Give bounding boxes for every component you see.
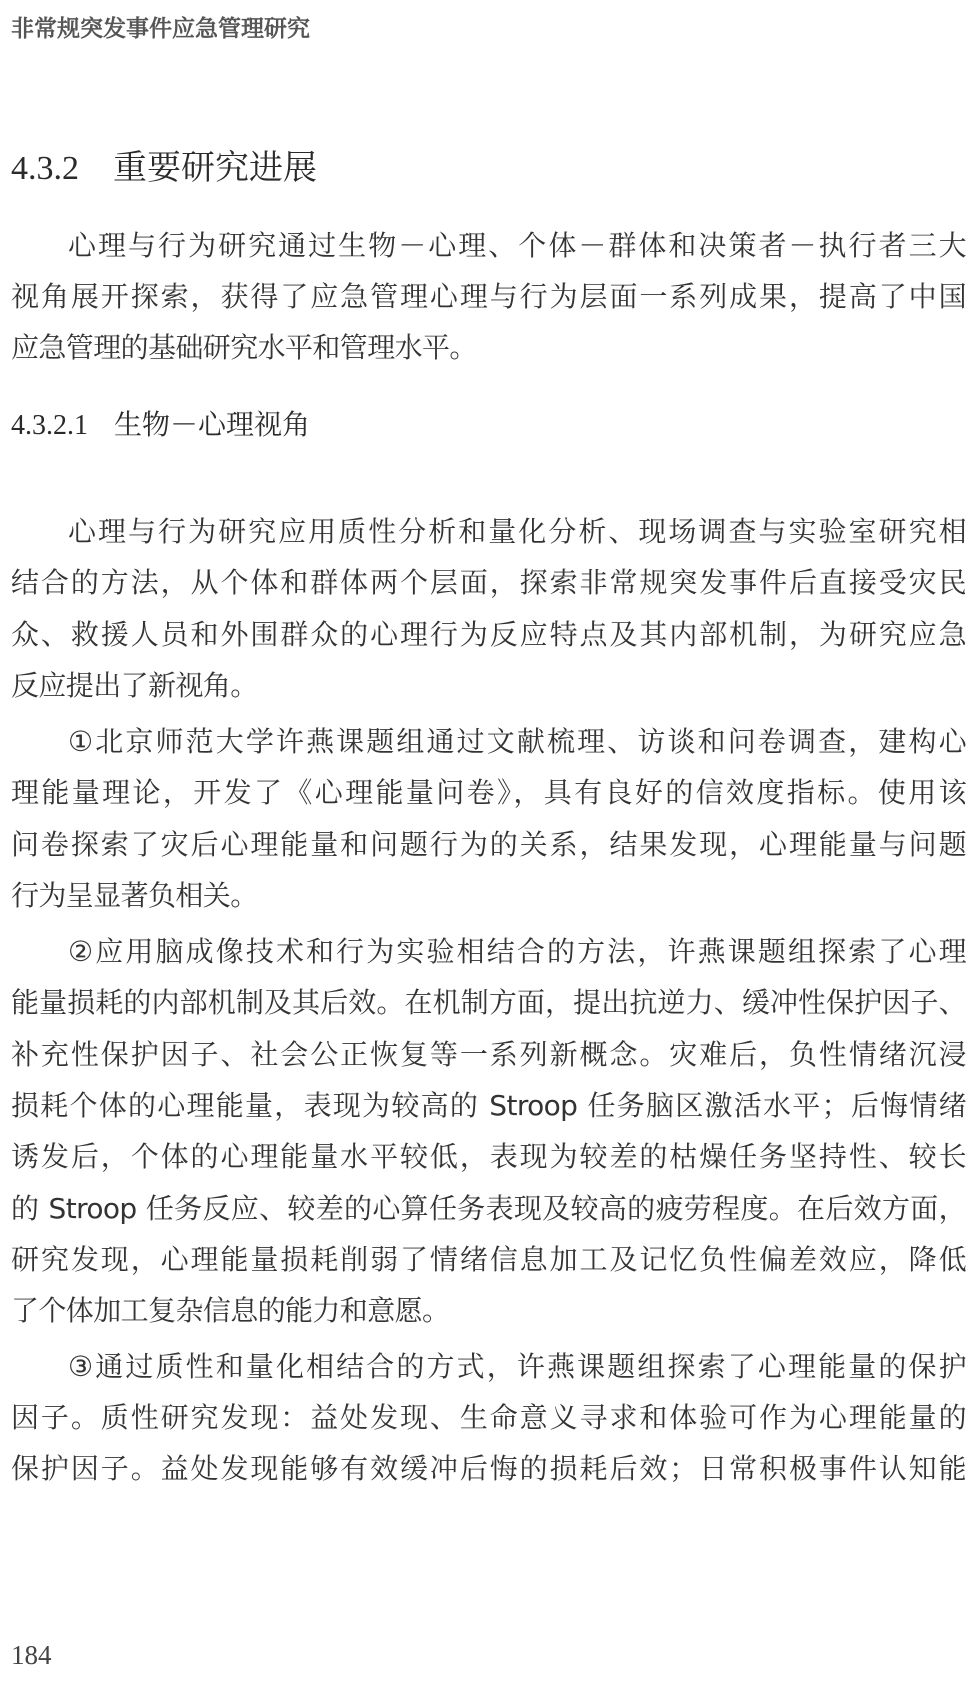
subsection-number: 4.3.2.1 <box>11 410 88 441</box>
paragraph-line: 了个体加工复杂信息的能力和意愿。 <box>11 1294 449 1328</box>
paragraph-line: 心理与行为研究应用质性分析和量化分析、现场调查与实验室研究相 <box>68 515 966 549</box>
paragraph-line: 能量损耗的内部机制及其后效。在机制方面，提出抗逆力、缓冲性保护因子、 <box>11 986 966 1020</box>
paragraph-line: 理能量理论，开发了《心理能量问卷》，具有良好的信效度指标。使用该 <box>11 776 966 810</box>
paragraph-line: 损耗个体的心理能量，表现为较高的 Stroop 任务脑区激活水平；后悔情绪 <box>11 1089 966 1123</box>
section-title: 重要研究进展 <box>113 148 317 188</box>
paragraph-line: ①北京师范大学许燕课题组通过文献梳理、访谈和问卷调查，建构心 <box>68 725 966 759</box>
paragraph-line: 行为呈显著负相关。 <box>11 879 258 913</box>
paragraph-line: 因子。质性研究发现：益处发现、生命意义寻求和体验可作为心理能量的 <box>11 1401 966 1435</box>
paragraph-line: 保护因子。益处发现能够有效缓冲后悔的损耗后效；日常积极事件认知能 <box>11 1452 966 1486</box>
subsection-heading: 4.3.2.1生物－心理视角 <box>11 403 310 443</box>
page-number: 184 <box>11 1640 52 1671</box>
paragraph-line: 心理与行为研究通过生物－心理、个体－群体和决策者－执行者三大 <box>68 229 966 263</box>
running-header: 非常规突发事件应急管理研究 <box>11 10 310 43</box>
section-heading: 4.3.2重要研究进展 <box>11 140 317 189</box>
paragraph-line: 补充性保护因子、社会公正恢复等一系列新概念。灾难后，负性情绪沉浸 <box>11 1038 966 1072</box>
paragraph-line: 应急管理的基础研究水平和管理水平。 <box>11 331 477 365</box>
paragraph-line: 结合的方法，从个体和群体两个层面，探索非常规突发事件后直接受灾民 <box>11 566 966 600</box>
paragraph-line: 研究发现，心理能量损耗削弱了情绪信息加工及记忆负性偏差效应，降低 <box>11 1243 966 1277</box>
paragraph-line: 问卷探索了灾后心理能量和问题行为的关系，结果发现，心理能量与问题 <box>11 828 966 862</box>
paragraph-line: 视角展开探索，获得了应急管理心理与行为层面一系列成果，提高了中国 <box>11 280 966 314</box>
paragraph-line: 的 Stroop 任务反应、较差的心算任务表现及较高的疲劳程度。在后效方面， <box>11 1192 966 1226</box>
paragraph-line: ③通过质性和量化相结合的方式，许燕课题组探索了心理能量的保护 <box>68 1350 966 1384</box>
section-number: 4.3.2 <box>11 150 79 187</box>
paragraph-line: ②应用脑成像技术和行为实验相结合的方法，许燕课题组探索了心理 <box>68 935 966 969</box>
paragraph-line: 诱发后，个体的心理能量水平较低，表现为较差的枯燥任务坚持性、较长 <box>11 1140 966 1174</box>
subsection-title: 生物－心理视角 <box>114 408 310 441</box>
paragraph-line: 反应提出了新视角。 <box>11 669 258 703</box>
paragraph-line: 众、救援人员和外围群众的心理行为反应特点及其内部机制，为研究应急 <box>11 618 966 652</box>
